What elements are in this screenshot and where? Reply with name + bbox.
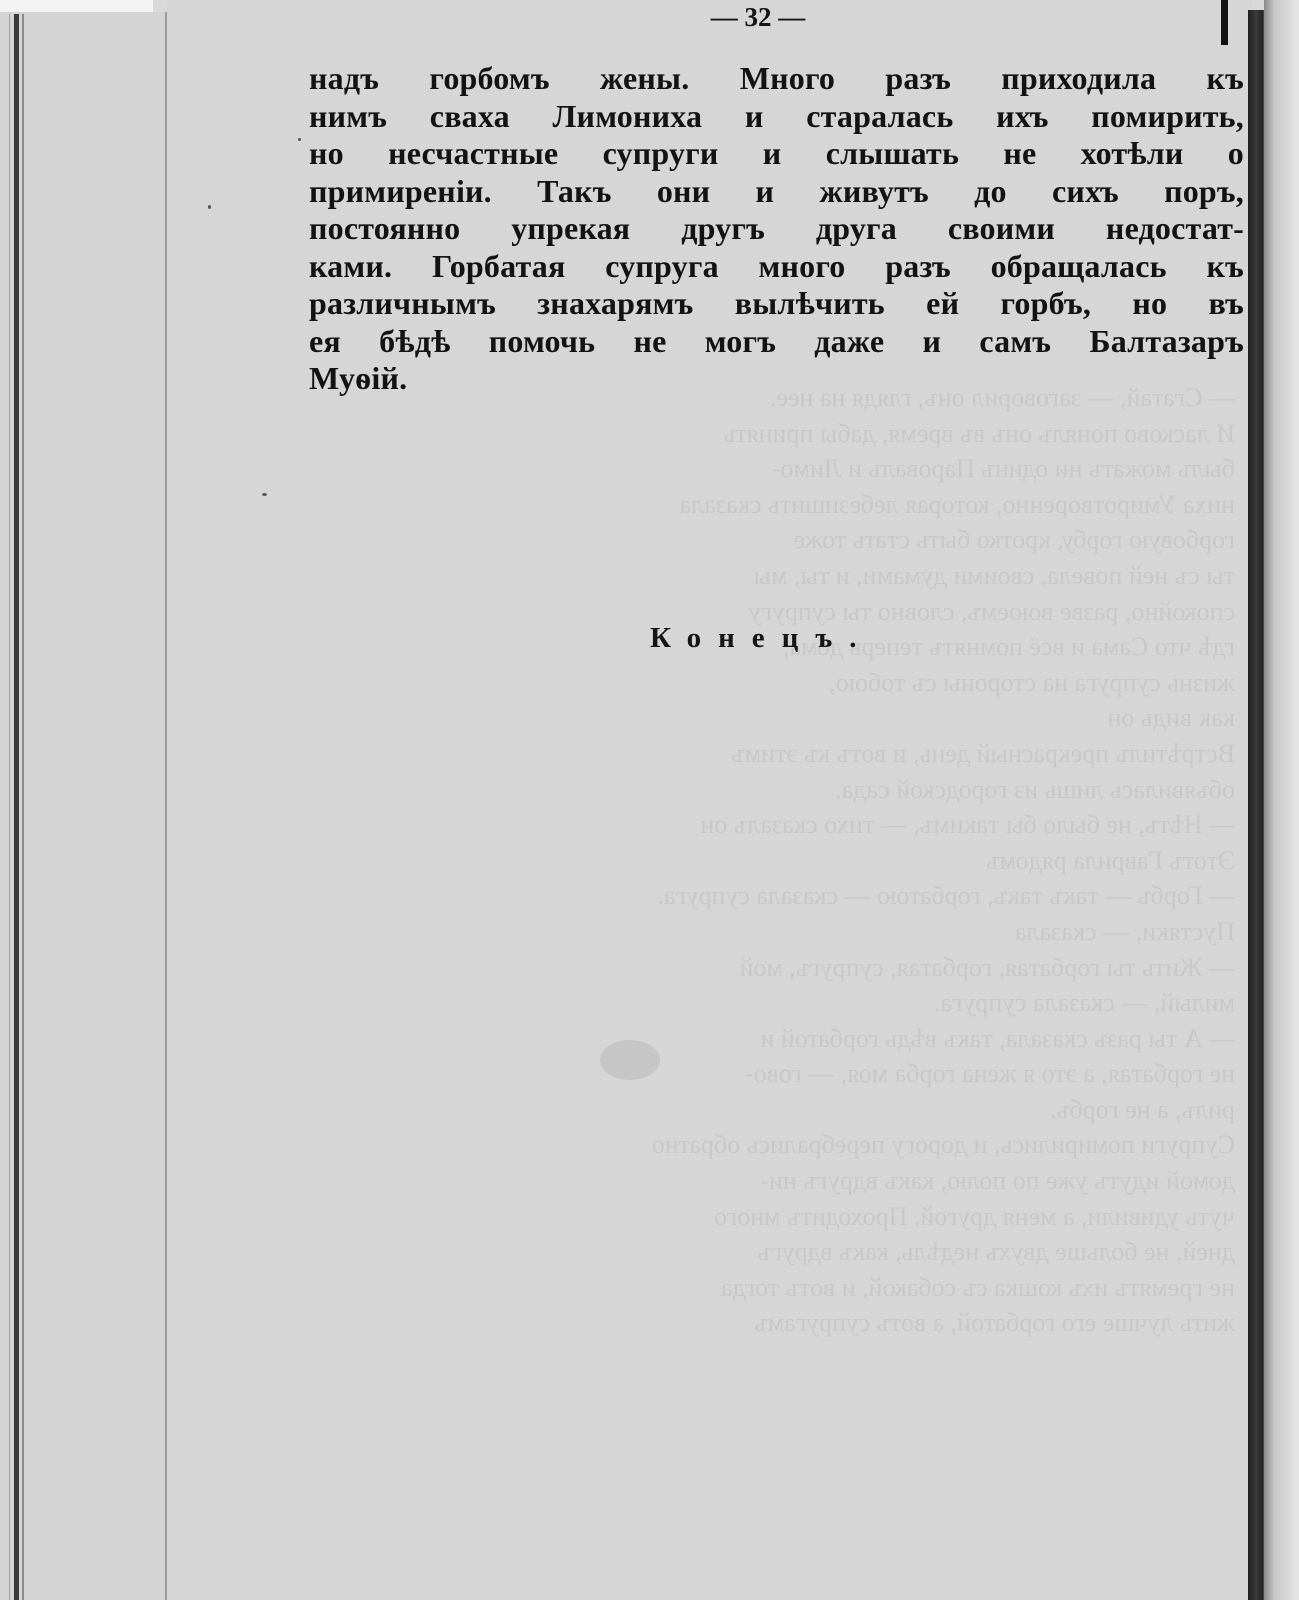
text-line: ками. Горбатая супруга много разъ обраща… — [309, 248, 1244, 286]
text-line: надъ горбомъ жены. Много разъ приходила … — [309, 60, 1244, 98]
left-binding-strip — [0, 12, 167, 1600]
binding-edge-line-dark — [14, 14, 19, 1600]
text-line: нимъ сваха Лимониха и старалась ихъ поми… — [309, 98, 1244, 136]
body-paragraph: надъ горбомъ жены. Много разъ приходила … — [309, 60, 1254, 398]
binding-edge-line — [9, 14, 10, 1600]
page-edge — [1264, 0, 1299, 1600]
scan-smudge — [600, 1040, 660, 1080]
text-line: примиреніи. Такъ они и живутъ до сихъ по… — [309, 173, 1244, 211]
scan-speck — [298, 138, 301, 141]
scan-speck — [208, 205, 211, 209]
text-line: постоянно упрекая другъ друга своими нед… — [309, 210, 1244, 248]
text-line: Муѳій. — [309, 360, 1244, 398]
binding-edge-line — [22, 14, 24, 1600]
text-line: различнымъ знахарямъ вылѣчить ей горбъ, … — [309, 285, 1244, 323]
scan-speck — [262, 493, 267, 496]
text-line: ея бѣдѣ помочь не могъ даже и самъ Балта… — [309, 323, 1244, 361]
page-number: — 32 — — [0, 2, 1268, 33]
text-line: но несчастные супруги и слышать не хотѣл… — [309, 135, 1244, 173]
bleed-through-text: — Сгатай, — заговорил онъ, глядя на нее.… — [300, 380, 1235, 1341]
end-heading: Конецъ. — [650, 622, 874, 655]
scanned-page-background: — Сгатай, — заговорил онъ, глядя на нее.… — [0, 0, 1299, 1600]
